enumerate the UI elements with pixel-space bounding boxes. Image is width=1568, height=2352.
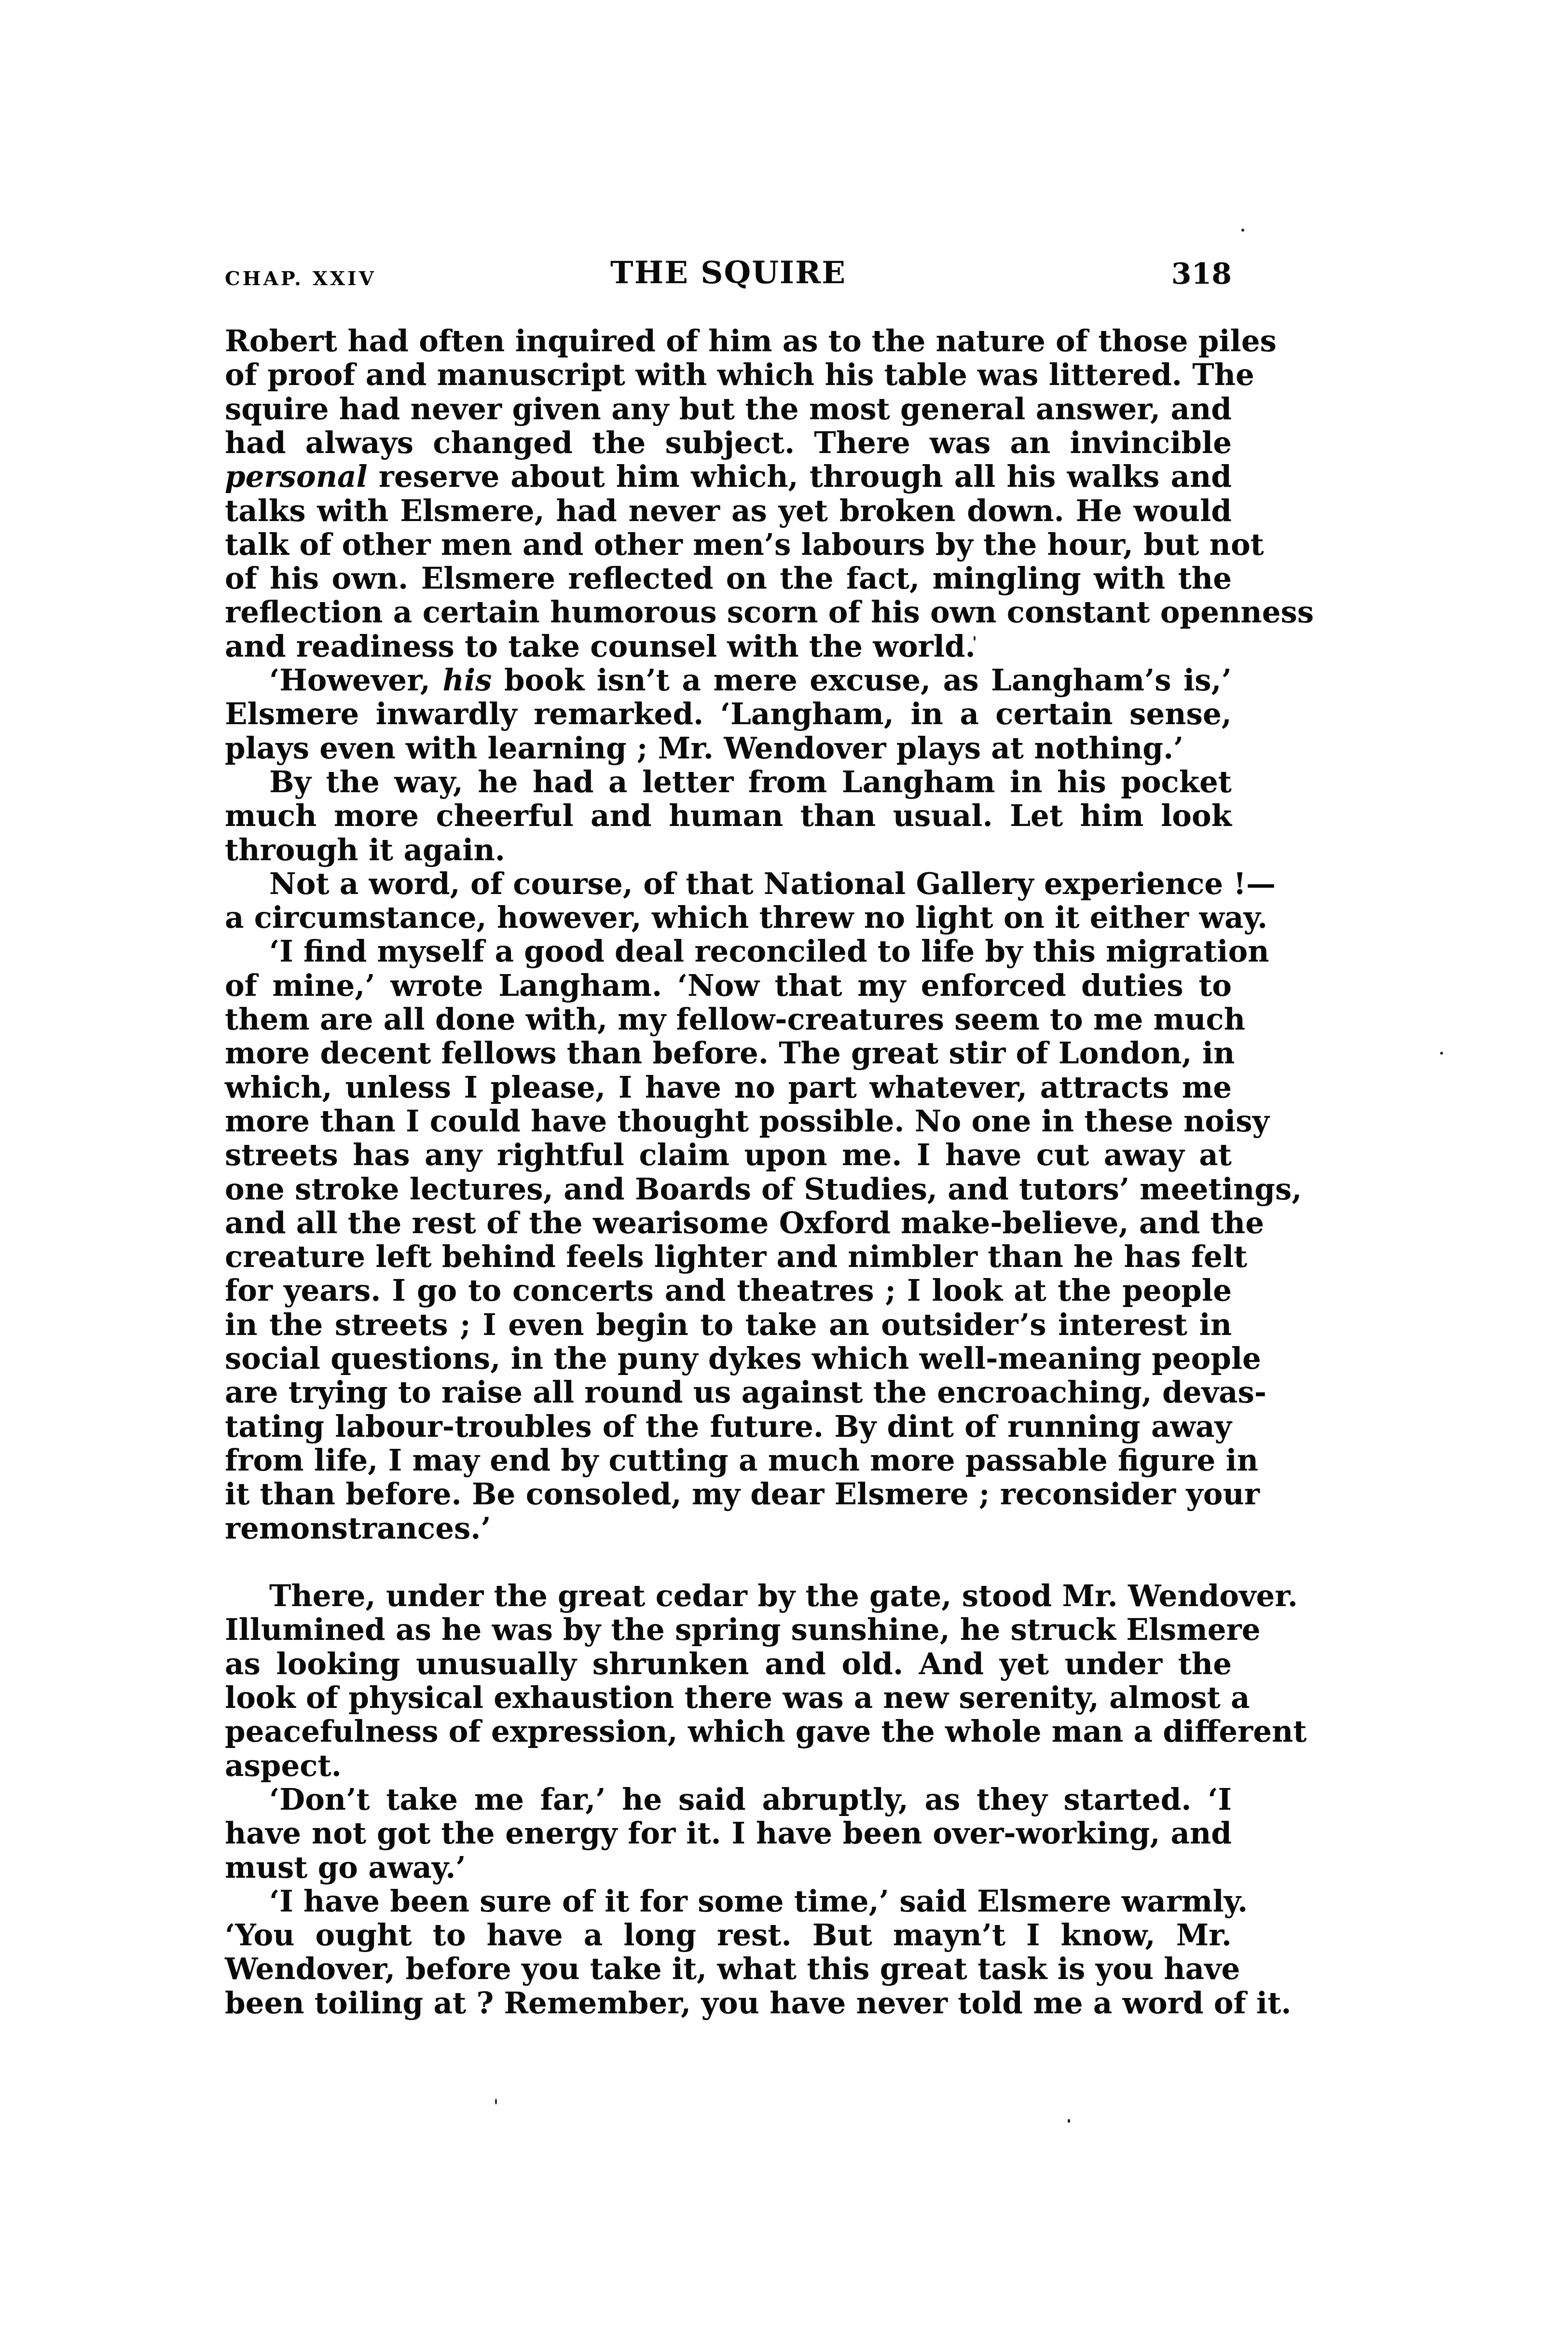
text-line: it than before. Be consoled, my dear Els… [225,1478,1232,1512]
text-line: ‘You ought to have a long rest. But mayn… [225,1919,1232,1953]
text-line: plays even with learning ; Mr. Wendover … [225,732,1232,766]
text-line: streets has any rightful claim upon me. … [225,1139,1232,1172]
page-number: 318 [1171,260,1232,289]
text-line: aspect. [225,1749,1232,1783]
text-line: peacefulness of expression, which gave t… [225,1715,1232,1749]
running-title: THE SQUIRE [225,258,1232,289]
text-line: tating labour-troubles of the future. By… [225,1410,1232,1444]
text-line: Elsmere inwardly remarked. ‘Langham, in … [225,698,1232,731]
scan-speck [495,2099,497,2104]
text-line: which, unless I please, I have no part w… [225,1071,1232,1105]
text-line: ‘However, his book isn’t a mere excuse, … [225,664,1232,698]
text-line: Illumined as he was by the spring sunshi… [225,1613,1232,1647]
text-line: of his own. Elsmere reflected on the fac… [225,562,1232,596]
text-line: as looking unusually shrunken and old. A… [225,1648,1232,1681]
text-line: Robert had often inquired of him as to t… [225,325,1232,358]
text-line: ‘I find myself a good deal reconciled to… [225,935,1232,969]
text-line: from life, I may end by cutting a much m… [225,1444,1232,1478]
book-page: CHAP. XXIV THE SQUIRE 318 Robert had oft… [0,0,1568,2352]
text-line: By the way, he had a letter from Langham… [225,766,1232,799]
text-line: creature left behind feels lighter and n… [225,1240,1232,1274]
scan-speck [1440,1052,1443,1055]
text-line: them are all done with, my fellow-creatu… [225,1003,1232,1037]
text-line: have not got the energy for it. I have b… [225,1817,1232,1851]
text-line: been toiling at ? Remember, you have nev… [225,1987,1232,2021]
text-line: and readiness to take counsel with the w… [225,630,1232,664]
text-line: through it again. [225,834,1232,867]
text-line: one stroke lectures, and Boards of Studi… [225,1173,1232,1207]
text-line: a circumstance, however, which threw no … [225,901,1232,935]
text-line: reflection a certain humorous scorn of h… [225,596,1232,630]
text-line: Not a word, of course, of that National … [225,867,1232,901]
text-line: of proof and manuscript with which his t… [225,358,1232,392]
text-line: squire had never given any but the most … [225,393,1232,426]
text-line: of mine,’ wrote Langham. ‘Now that my en… [225,969,1232,1003]
scan-speck [1068,2119,1070,2123]
text-line: much more cheerful and human than usual.… [225,799,1232,833]
text-line: look of physical exhaustion there was a … [225,1681,1232,1715]
text-line: had always changed the subject. There wa… [225,426,1232,460]
text-line: social questions, in the puny dykes whic… [225,1342,1232,1376]
text-line: are trying to raise all round us against… [225,1376,1232,1410]
text-line: ‘I have been sure of it for some time,’ … [225,1885,1232,1919]
running-head: CHAP. XXIV THE SQUIRE 318 [225,261,1232,294]
text-line: must go away.’ [225,1851,1232,1885]
text-line: more than I could have thought possible.… [225,1105,1232,1139]
text-line: talks with Elsmere, had never as yet bro… [225,495,1232,528]
text-line: and all the rest of the wearisome Oxford… [225,1207,1232,1240]
scan-speck [1241,229,1244,232]
text-line: There, under the great cedar by the gate… [225,1580,1232,1613]
text-line: more decent fellows than before. The gre… [225,1037,1232,1071]
text-line: Wendover, before you take it, what this … [225,1953,1232,1986]
text-line: for years. I go to concerts and theatres… [225,1274,1232,1308]
text-line: in the streets ; I even begin to take an… [225,1308,1232,1342]
text-line: personal reserve about him which, throug… [225,460,1232,494]
text-line: talk of other men and other men’s labour… [225,528,1232,562]
text-line: remonstrances.’ [225,1512,1232,1546]
scan-speck [974,636,976,641]
text-line: ‘Don’t take me far,’ he said abruptly, a… [225,1783,1232,1817]
